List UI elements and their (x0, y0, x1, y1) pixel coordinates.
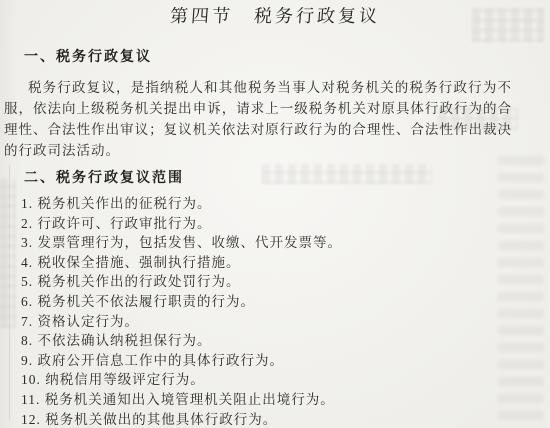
list-item: 9. 政府公开信息工作中的具体行政行为。 (21, 351, 520, 371)
list-item: 2. 行政许可、行政审批行为。 (21, 214, 520, 234)
list-item: 10. 纳税信用等级评定行为。 (21, 370, 520, 390)
list-item: 7. 资格认定行为。 (21, 312, 520, 332)
list-item: 5. 税务机关作出的行政处罚行为。 (21, 272, 520, 292)
list-item: 6. 税务机关不依法履行职责的行为。 (21, 292, 520, 312)
scan-fold-line (9, 165, 10, 420)
section-heading-2: 二、税务行政复议范围 (24, 168, 550, 186)
list-item: 4. 税收保全措施、强制执行措施。 (21, 253, 520, 273)
list-item: 3. 发票管理行为，包括发售、收缴、代开发票等。 (21, 233, 520, 253)
page-title: 第四节 税务行政复议 (0, 6, 550, 28)
scope-list: 1. 税务机关作出的征税行为。 2. 行政许可、行政审批行为。 3. 发票管理行… (21, 194, 520, 428)
section-heading-1: 一、税务行政复议 (24, 47, 550, 65)
list-item: 1. 税务机关作出的征税行为。 (21, 194, 520, 214)
list-item: 12. 税务机关做出的其他具体行政行为。 (21, 410, 520, 428)
list-item: 11. 税务机关通知出入境管理机关阻止出境行为。 (21, 390, 520, 410)
definition-paragraph: 税务行政复议，是指纳税人和其他税务当事人对税务机关的税务行政行为不服，依法向上级… (4, 77, 512, 161)
scanned-book-page: 第四节 税务行政复议 一、税务行政复议 税务行政复议，是指纳税人和其他税务当事人… (0, 0, 550, 428)
bleedthrough-smudge (0, 178, 16, 328)
list-item: 8. 不依法确认纳税担保行为。 (21, 331, 520, 351)
